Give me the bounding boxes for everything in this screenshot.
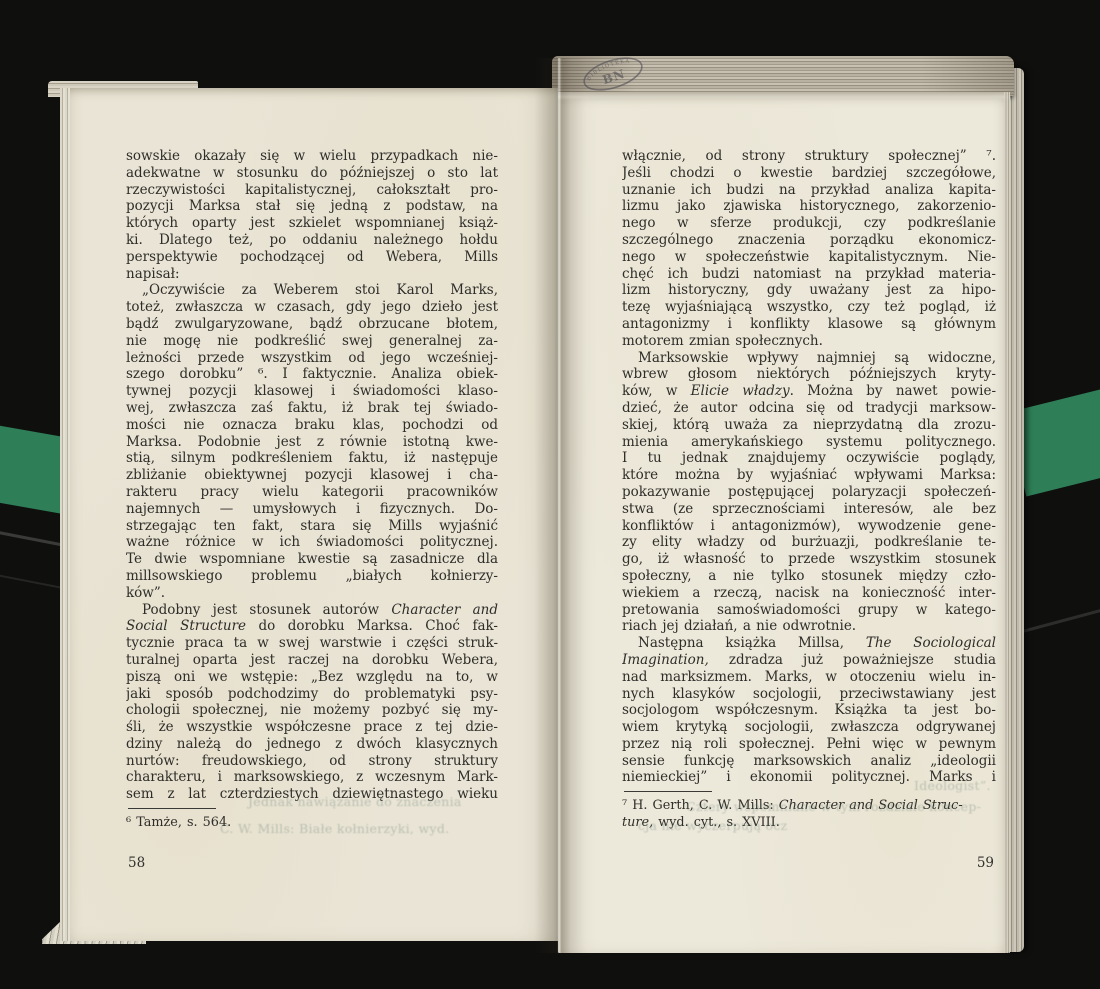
show-through-text: cja nie wyczerpują ocz [638,818,788,833]
text-line: Podobny jest stosunek autorów Character … [126,602,498,619]
text-line: nurtów: freudowskiego, od strony struktu… [126,753,498,770]
text-line: turalnej oparta jest raczej na dorobku W… [126,652,498,669]
text-line: zbliżanie obiektywnej pozycji klasowej i… [126,467,498,484]
left-page-text: sowskie okazały się w wielu przypadkach … [126,148,498,871]
text-line: Jeśli chodzi o kwestie bardziej szczegół… [622,165,996,182]
text-line: Marksa. Podobnie jest z równie istotną k… [126,434,498,451]
text-line: chologii społecznej, nie możemy pozbyć s… [126,702,498,719]
text-line: pokazywanie postępującej polaryzacji spo… [622,484,996,501]
text-line: Marksowskie wpływy najmniej są widoczne, [622,350,996,367]
text-line: śli, że wszystkie współczesne prace z te… [126,719,498,736]
text-line: wbrew głosom niektórych późniejszych kry… [622,366,996,383]
text-line: jaki sposób podchodzimy do problematyki … [126,686,498,703]
text-line: charakteru, i marksowskiego, z wczesnym … [126,769,498,786]
text-line: społeczny, a nie tylko stosunek między c… [622,568,996,585]
text-line: „Oczywiście za Weberem stoi Karol Marks, [126,282,498,299]
text-line: sowskie okazały się w wielu przypadkach … [126,148,498,165]
text-line: ki. Dlatego też, po oddaniu należnego ho… [126,232,498,249]
left-page: sowskie okazały się w wielu przypadkach … [60,88,558,941]
text-line: uznanie ich budzi na przykład analiza ka… [622,182,996,199]
show-through-text: Cztery wspomniane w tym rozdziale koncep… [686,799,981,814]
text-line: bądź zwulgaryzowane, bądź obrzucane błot… [126,316,498,333]
text-line: Social Structure do dorobku Marksa. Choć… [126,618,498,635]
right-page-text: włącznie, od strony struktury społecznej… [622,148,996,871]
text-line: dzieć, że autor odcina się od tradycji m… [622,400,996,417]
right-page: włącznie, od strony struktury społecznej… [558,92,1010,953]
text-line: go, iż własność to przede wszystkim stos… [622,551,996,568]
text-line: pretowania samoświadomości grupy w kateg… [622,602,996,619]
text-line: szego dorobku” ⁶. I faktycznie. Analiza … [126,366,498,383]
text-line: najemnych — umysłowych i fizycznych. Do- [126,501,498,518]
text-line: których oparty jest szkielet wspomnianej… [126,215,498,232]
text-line: adekwatne w stosunku do późniejszej o st… [126,165,498,182]
text-line: konfliktów i antagonizmów), wywodzenie g… [622,518,996,535]
text-line: antagonizmy i konflikty klasowe są główn… [622,316,996,333]
text-line: wiekiem a rzeczą, nacisk na konieczność … [622,585,996,602]
text-line: wiem krytyką socjologii, zwłaszcza odgry… [622,719,996,736]
text-line: ważne różnice w ich świadomości politycz… [126,534,498,551]
text-line: mienia amerykańskiego systemu polityczne… [622,434,996,451]
text-line: ków, w Elicie władzy. Można by nawet pow… [622,383,996,400]
text-line: włącznie, od strony struktury społecznej… [622,148,996,165]
text-line: mości nie oznacza braku klas, pochodzi o… [126,417,498,434]
text-line: leżności przede wszystkim od jego wcześn… [126,350,498,367]
show-through-text: Jednak nawiązanie do znaczenia [248,794,462,809]
text-line: rakteru pracy wielu kategorii pracownikó… [126,484,498,501]
text-line: lizmu jako zjawiska historycznego, zakor… [622,198,996,215]
text-line: nego w sferze produkcji, czy podkreślani… [622,215,996,232]
text-line: strzegając ten fakt, stara się Mills wyj… [126,518,498,535]
text-line: pozycji Marksa stał się jedną z podstaw,… [126,198,498,215]
text-line: które można by wyjaśniać wpływami Marksa… [622,467,996,484]
text-line: szczególnego znaczenia porządku ekonomic… [622,232,996,249]
text-line: toteż, zwłaszcza w czasach, gdy jego dzi… [126,299,498,316]
text-line: przez nią roli społecznej. Pełni więc w … [622,736,996,753]
text-line: nad marksizmem. Marks, w otoczeniu wielu… [622,669,996,686]
text-line: chęć ich budzi natomiast na przykład mat… [622,266,996,283]
text-line: tywnej pozycji klasowej i świadomości kl… [126,383,498,400]
text-line: Te dwie wspomniane kwestie są zasadnicze… [126,551,498,568]
text-line: wej, zwłaszcza zaś faktu, iż brak tej św… [126,400,498,417]
page-number: 58 [126,855,498,871]
text-line: perspektywie pochodzącej od Webera, Mill… [126,249,498,266]
text-line: skiej, którą uważa za nieprzydatną dla z… [622,417,996,434]
text-line: riach jej działań, a nie odwrotnie. [622,618,996,635]
show-through-text: C. W. Mills: Białe kołnierzyki, wyd. [220,821,449,836]
text-line: dziny należą do jednego z dwóch klasyczn… [126,736,498,753]
text-line: tezę wyjaśniającą wszystko, czy też pogl… [622,299,996,316]
text-line: nego w społeczeństwie kapitalistycznym. … [622,249,996,266]
text-line: I tu jednak znajdujemy oczywiście pogląd… [622,450,996,467]
text-line: tycznie praca ta w swej warstwie i częśc… [126,635,498,652]
page-number: 59 [622,855,996,871]
text-line: lizm historyczny, gdy uważany jest za hi… [622,282,996,299]
show-through-text: Ideologist”. [914,778,991,793]
text-line: rzeczywistości kapitalistycznej, całoksz… [126,182,498,199]
text-line: piszą oni we wstępie: „Bez względu na to… [126,669,498,686]
text-line: Imagination, zdradza już poważniejsze st… [622,652,996,669]
text-line: socjologom współczesnym. Książka ta jest… [622,702,996,719]
text-line: zy elity władzy od burżuazji, podkreślan… [622,534,996,551]
footnote-rule [128,808,216,809]
text-line: nych klasyków socjologii, przeciwstawian… [622,686,996,703]
text-line: nie mogę nie podkreślić swej generalnej … [126,333,498,350]
text-line: millsowskiego problemu „białych kołnierz… [126,568,498,585]
book-scan: sowskie okazały się w wielu przypadkach … [0,0,1100,989]
text-line: ków”. [126,585,498,602]
text-line: sensie funkcję marksowskich analiz „ideo… [622,753,996,770]
text-line: motorem zmian społecznych. [622,333,996,350]
text-line: Następna książka Millsa, The Sociologica… [622,635,996,652]
text-line: stwa (ze sprzecznościami interesów, ale … [622,501,996,518]
cover-edge-glint [1014,604,1100,635]
text-line: stią, silnym podkreśleniem faktu, iż nas… [126,450,498,467]
text-line: napisał: [126,266,498,283]
footnote-rule [624,791,712,792]
